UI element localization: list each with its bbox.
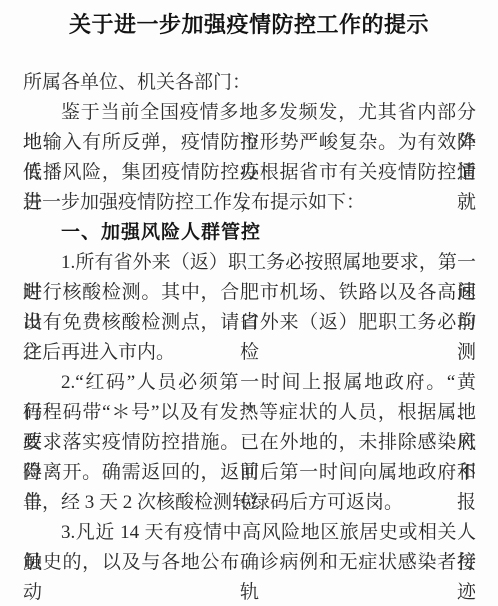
salutation-line: 所属各单位、机关各部门： bbox=[23, 68, 476, 98]
scanned-document-page: 关于进一步加强疫情防控工作的提示 所属各单位、机关各部门： 鉴于当前全国疫情多地… bbox=[0, 0, 498, 606]
doc-line: 行程码带“＊号”以及有发热等症状的人员，根据属地政府 bbox=[23, 398, 476, 428]
doc-line: 3.凡近 14 天有疫情中高风险地区旅居史或相关人员接 bbox=[23, 518, 476, 548]
section-heading: 一、加强风险人群管控 bbox=[23, 218, 476, 248]
doc-line: 传播风险，集团疫情防控办根据省市有关疫情防控通告，就 bbox=[23, 158, 476, 188]
doc-line: 1.所有省外来（返）职工务必按照属地要求，第一时间 bbox=[23, 248, 476, 278]
doc-line: 触史的，以及与各地公布确诊病例和无症状感染者行动轨迹 bbox=[23, 548, 476, 578]
doc-line: 2.“红码”人员必须第一时间上报属地政府。“黄码”、 bbox=[23, 368, 476, 398]
doc-line: 进行核酸检测。其中，合肥市机场、铁路以及各高速出口均 bbox=[23, 278, 476, 308]
document-body: 所属各单位、机关各部门： 鉴于当前全国疫情多地多发频发，尤其省内部分地市外地输入… bbox=[23, 68, 476, 578]
doc-line: 鉴于当前全国疫情多地多发频发，尤其省内部分地市外 bbox=[23, 98, 476, 128]
document-title: 关于进一步加强疫情防控工作的提示 bbox=[0, 0, 498, 40]
doc-line: 得离开。确需返回的，返回后第一时间向属地政府和单位报 bbox=[23, 458, 476, 488]
doc-line: 要求落实疫情防控措施。已在外地的，未排除感染风险前不 bbox=[23, 428, 476, 458]
doc-line: 地输入有所反弹，疫情防控形势严峻复杂。为有效降低疫情 bbox=[23, 128, 476, 158]
doc-line: 设有免费核酸检测点，请省外来（返）肥职工务必前往检测 bbox=[23, 308, 476, 338]
